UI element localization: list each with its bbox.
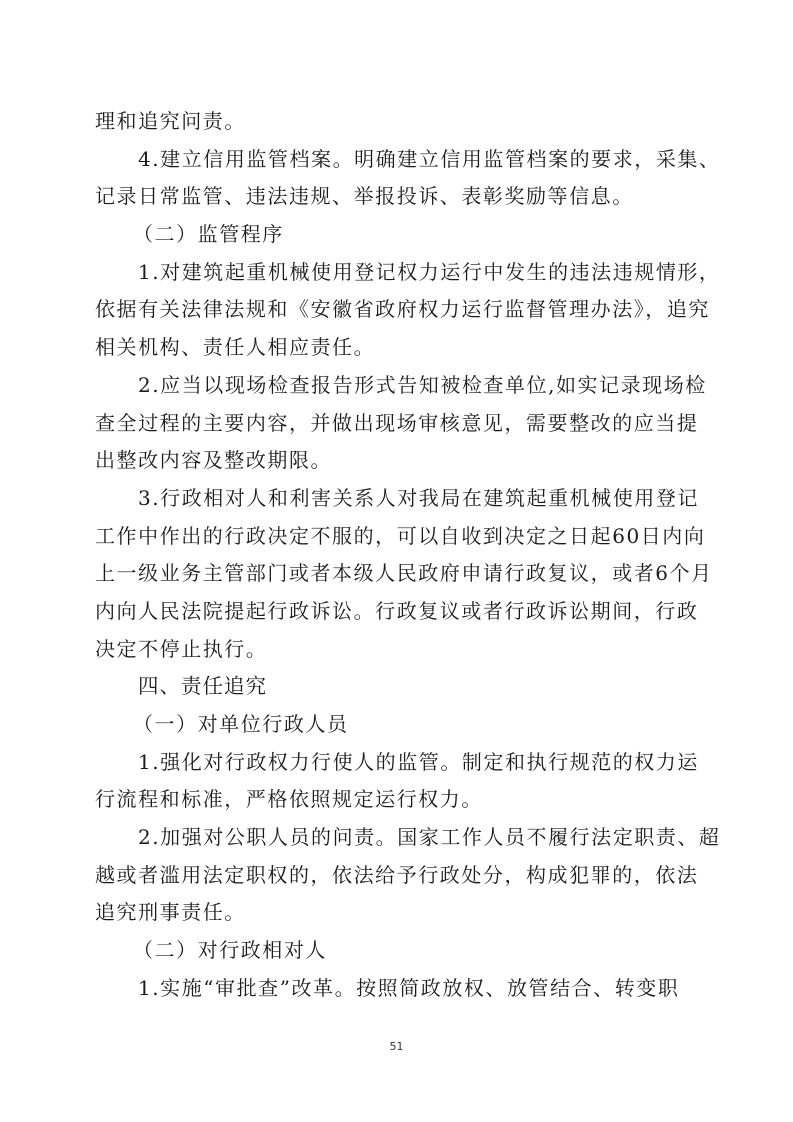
paragraph-line: 越或者滥用法定职权的，依法给予行政处分，构成犯罪的，依法 (95, 857, 703, 895)
document-body: 理和追究问责。 4.建立信用监管档案。明确建立信用监管档案的要求，采集、 记录日… (95, 103, 703, 1008)
paragraph-line: 1.强化对行政权力行使人的监管。制定和执行规范的权力运 (95, 744, 703, 782)
subsection-heading: （二）监管程序 (95, 216, 703, 254)
section-heading: 四、责任追究 (95, 668, 703, 706)
paragraph-line: 相关机构、责任人相应责任。 (95, 329, 703, 367)
paragraph-line: 查全过程的主要内容，并做出现场审核意见，需要整改的应当提 (95, 405, 703, 443)
paragraph-line: 内向人民法院提起行政诉讼。行政复议或者行政诉讼期间，行政 (95, 593, 703, 631)
paragraph-line: 决定不停止执行。 (95, 631, 703, 669)
paragraph-line: 追究刑事责任。 (95, 894, 703, 932)
paragraph-line: 出整改内容及整改期限。 (95, 442, 703, 480)
page-number: 51 (0, 1040, 793, 1053)
paragraph-line: 行流程和标准，严格依照规定运行权力。 (95, 781, 703, 819)
paragraph-line: 1.实施“审批查”改革。按照简政放权、放管结合、转变职 (95, 970, 703, 1008)
paragraph-line: 记录日常监管、违法违规、举报投诉、表彰奖励等信息。 (95, 178, 703, 216)
paragraph-line: 依据有关法律法规和《安徽省政府权力运行监督管理办法》，追究 (95, 291, 703, 329)
paragraph-line: 上一级业务主管部门或者本级人民政府申请行政复议，或者6个月 (95, 555, 703, 593)
subsection-heading: （二）对行政相对人 (95, 932, 703, 970)
paragraph-line: 2.加强对公职人员的问责。国家工作人员不履行法定职责、超 (95, 819, 703, 857)
paragraph-line: 3.行政相对人和利害关系人对我局在建筑起重机械使用登记 (95, 480, 703, 518)
paragraph-line: 4.建立信用监管档案。明确建立信用监管档案的要求，采集、 (95, 141, 703, 179)
paragraph-line: 工作中作出的行政决定不服的，可以自收到决定之日起60日内向 (95, 518, 703, 556)
paragraph-line: 理和追究问责。 (95, 103, 703, 141)
subsection-heading: （一）对单位行政人员 (95, 706, 703, 744)
paragraph-line: 2.应当以现场检查报告形式告知被检查单位,如实记录现场检 (95, 367, 703, 405)
paragraph-line: 1.对建筑起重机械使用登记权力运行中发生的违法违规情形， (95, 254, 703, 292)
